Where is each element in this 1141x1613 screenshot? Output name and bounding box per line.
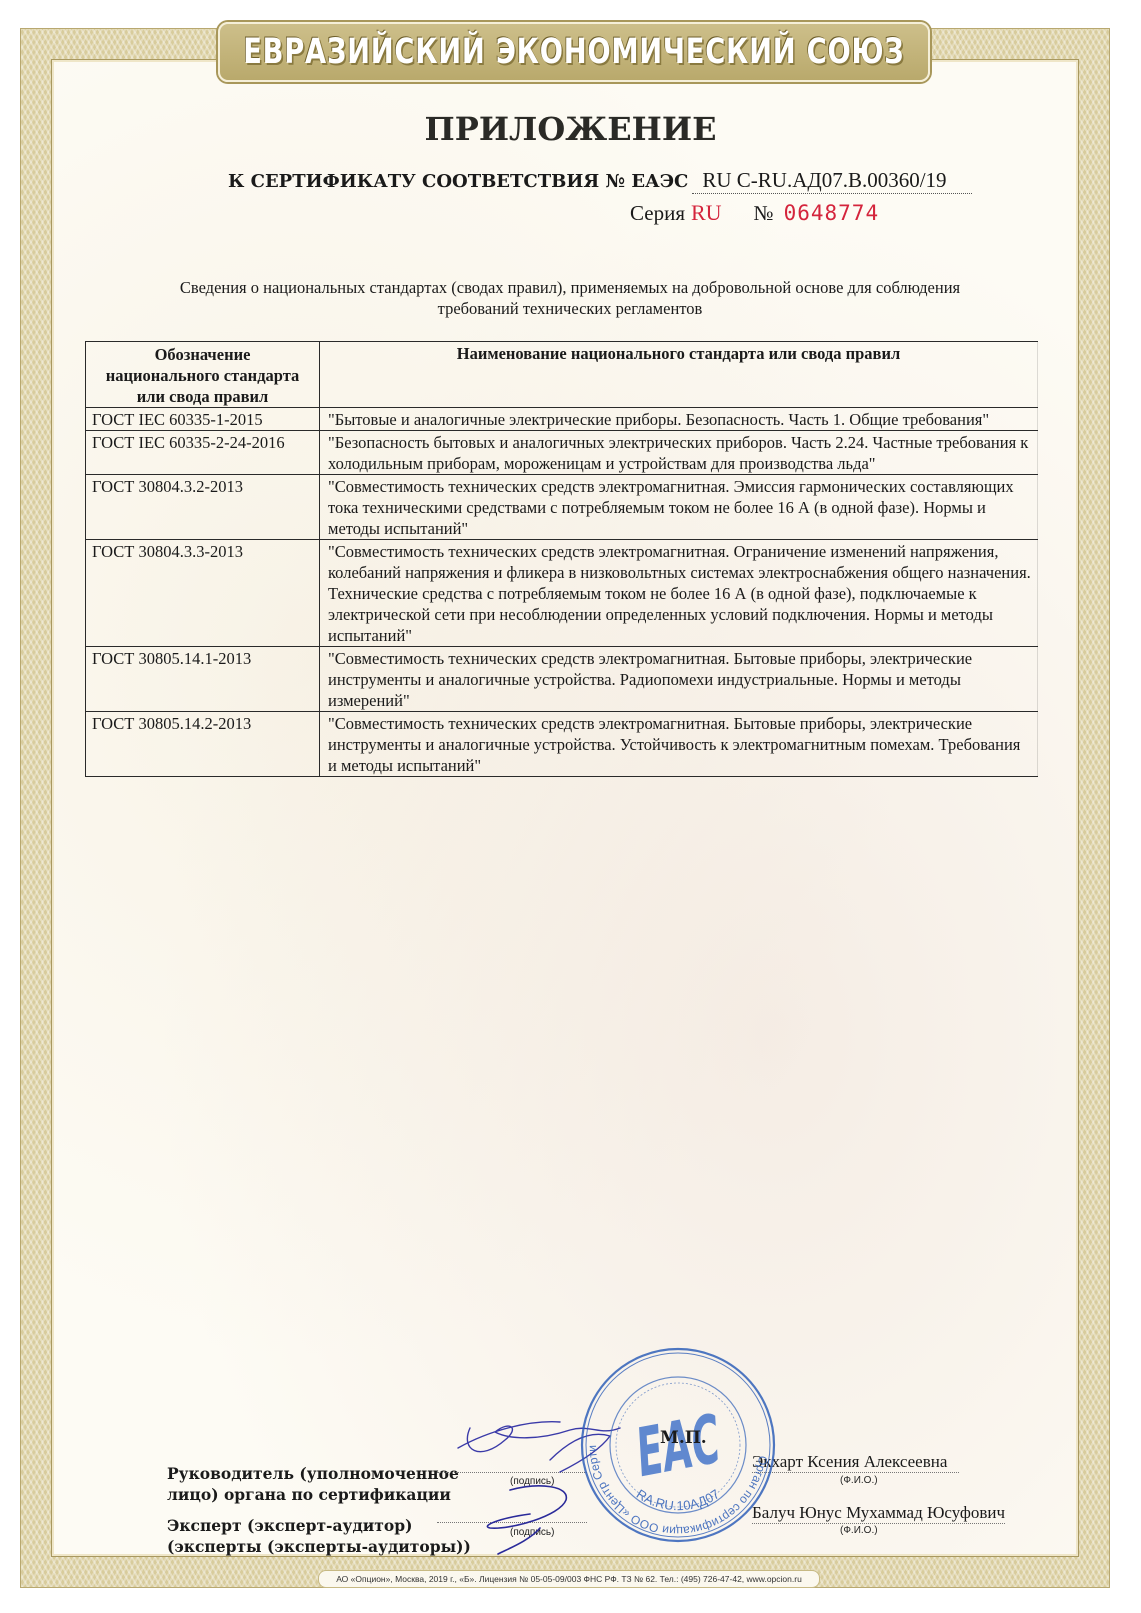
expert-name-caption: (Ф.И.О.) [840, 1525, 878, 1536]
standard-code: ГОСТ 30804.3.2-2013 [86, 475, 320, 540]
head-name: Экхарт Ксения Алексеевна [752, 1452, 959, 1473]
header-code-line: национального стандарта [92, 365, 313, 386]
standard-name: "Безопасность бытовых и аналогичных элек… [320, 431, 1038, 475]
table-header-row: Обозначение национального стандарта или … [86, 342, 1038, 408]
form-series: Серия RU № 0648774 [630, 200, 879, 226]
form-number-label: № [754, 201, 774, 226]
banner-title: ЕВРАЗИЙСКИЙ ЭКОНОМИЧЕСКИЙ СОЮЗ [243, 32, 904, 72]
column-header-code: Обозначение национального стандарта или … [86, 342, 320, 408]
certificate-reference: К СЕРТИФИКАТУ СООТВЕТСТВИЯ № ЕАЭС RU C-R… [228, 168, 972, 194]
expert-name: Балуч Юнус Мухаммад Юсуфович [752, 1503, 1005, 1524]
printer-imprint: АО «Опцион», Москва, 2019 г., «Б». Лицен… [336, 1574, 802, 1584]
standard-code: ГОСТ IEC 60335-2-24-2016 [86, 431, 320, 475]
standard-code: ГОСТ 30805.14.1-2013 [86, 647, 320, 712]
column-header-name: Наименование национального стандарта или… [320, 342, 1038, 408]
standard-code: ГОСТ IEC 60335-1-2015 [86, 408, 320, 431]
standard-name: "Совместимость технических средств элект… [320, 475, 1038, 540]
seal-label: М.П. [660, 1428, 707, 1448]
form-number-value: 0648774 [784, 201, 880, 225]
table-row: ГОСТ 30805.14.2-2013 "Совместимость техн… [86, 712, 1038, 777]
expert-signatory-label: Эксперт (эксперт-аудитор) (эксперты (экс… [167, 1515, 471, 1557]
head-signatory-label: Руководитель (уполномоченное лицо) орган… [167, 1463, 459, 1505]
header-banner: ЕВРАЗИЙСКИЙ ЭКОНОМИЧЕСКИЙ СОЮЗ [218, 22, 930, 82]
table-row: ГОСТ IEC 60335-1-2015 "Бытовые и аналоги… [86, 408, 1038, 431]
expert-label-line: (эксперты (эксперты-аудиторы)) [167, 1536, 471, 1557]
header-code-line: Обозначение [92, 344, 313, 365]
series-label: Серия [630, 201, 685, 226]
expert-signature-scribble [470, 1478, 590, 1558]
header-code-line: или свода правил [92, 386, 313, 407]
standard-name: "Бытовые и аналогичные электрические при… [320, 408, 1038, 431]
standards-table: Обозначение национального стандарта или … [85, 341, 1038, 777]
head-label-line: Руководитель (уполномоченное [167, 1463, 459, 1484]
standard-name: "Совместимость технических средств элект… [320, 712, 1038, 777]
certificate-frame [20, 28, 1110, 1588]
series-value: RU [691, 200, 722, 226]
page-title: ПРИЛОЖЕНИЕ [0, 110, 1141, 148]
table-row: ГОСТ 30804.3.3-2013 "Совместимость техни… [86, 540, 1038, 647]
expert-label-line: Эксперт (эксперт-аудитор) [167, 1515, 471, 1536]
intro-text: Сведения о национальных стандартах (свод… [100, 277, 1040, 319]
standard-name: "Совместимость технических средств элект… [320, 540, 1038, 647]
certificate-label: К СЕРТИФИКАТУ СООТВЕТСТВИЯ № ЕАЭС [228, 171, 688, 192]
standard-code: ГОСТ 30805.14.2-2013 [86, 712, 320, 777]
standard-code: ГОСТ 30804.3.3-2013 [86, 540, 320, 647]
head-label-line: лицо) органа по сертификации [167, 1484, 459, 1505]
intro-line-1: Сведения о национальных стандартах (свод… [100, 277, 1040, 298]
table-row: ГОСТ 30805.14.1-2013 "Совместимость техн… [86, 647, 1038, 712]
table-row: ГОСТ IEC 60335-2-24-2016 "Безопасность б… [86, 431, 1038, 475]
table-row: ГОСТ 30804.3.2-2013 "Совместимость техни… [86, 475, 1038, 540]
standard-name: "Совместимость технических средств элект… [320, 647, 1038, 712]
intro-line-2: требований технических регламентов [100, 298, 1040, 319]
certificate-number: RU C-RU.АД07.В.00360/19 [692, 168, 972, 194]
printer-imprint-strip: АО «Опцион», Москва, 2019 г., «Б». Лицен… [318, 1570, 820, 1588]
head-name-caption: (Ф.И.О.) [840, 1475, 878, 1486]
